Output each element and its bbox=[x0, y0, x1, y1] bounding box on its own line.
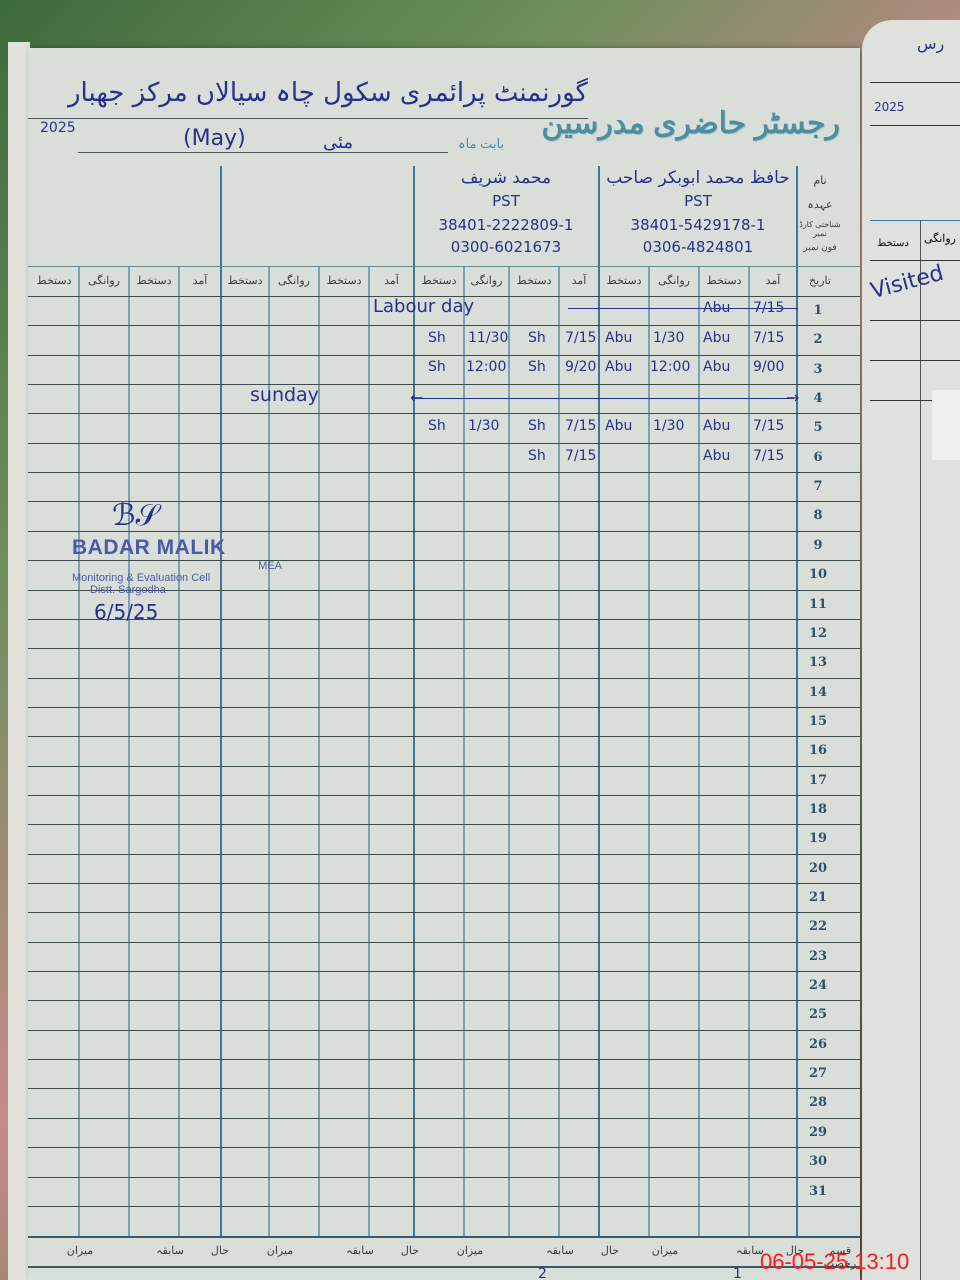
year: 2025 bbox=[40, 120, 76, 136]
day-number: 15 bbox=[796, 714, 840, 729]
right-year: 2025 bbox=[874, 100, 905, 114]
school-name: گورنمنٹ پرائمری سکول چاہ سیالاں مرکز جھب… bbox=[68, 78, 588, 108]
t1-arrival-row5: 7/15 bbox=[753, 418, 784, 434]
row-line bbox=[28, 355, 860, 356]
day-number: 11 bbox=[796, 597, 840, 612]
sunday-note: sunday bbox=[250, 384, 319, 406]
footer-label: حال bbox=[198, 1244, 242, 1257]
header-date: تاریخ bbox=[798, 274, 842, 287]
header-signature: دستخط bbox=[130, 274, 178, 287]
row-line bbox=[28, 942, 860, 943]
header-departure: روانگی bbox=[80, 274, 128, 287]
attendance-register-page: رجسٹر حاضری مدرسین گورنمنٹ پرائمری سکول … bbox=[28, 48, 860, 1280]
header-departure: روانگی bbox=[465, 274, 508, 287]
day-number: 19 bbox=[796, 831, 840, 846]
day-number: 16 bbox=[796, 743, 840, 758]
sunday-arrow bbox=[414, 398, 794, 399]
t1-sig-row5b: Abu bbox=[703, 418, 730, 434]
month-urdu: مئی bbox=[323, 132, 353, 153]
header-signature: دستخط bbox=[415, 274, 463, 287]
teacher2-name: محمد شریف bbox=[416, 168, 596, 188]
header-signature: دستخط bbox=[510, 274, 558, 287]
month-label: بابت ماہ bbox=[458, 136, 504, 152]
teacher2-designation: PST bbox=[416, 192, 596, 210]
day-number: 23 bbox=[796, 949, 840, 964]
row-line bbox=[28, 795, 860, 796]
mea-stamp: ℬ𝒮 BADAR MALIK MEA Monitoring & Evaluati… bbox=[72, 498, 282, 624]
stamp-district: Distt. Sargodha bbox=[90, 584, 282, 596]
t2-arrival-row2: 7/15 bbox=[565, 330, 596, 346]
t1-sig-row3: Abu bbox=[605, 359, 632, 375]
signature-scribble: ℬ𝒮 bbox=[112, 498, 282, 536]
t1-sig-row1: Abu bbox=[703, 300, 730, 316]
month-english: (May) bbox=[183, 126, 246, 151]
header-arrival: آمد bbox=[750, 274, 796, 287]
row-line bbox=[28, 443, 860, 444]
stamp-title: MEA bbox=[72, 560, 282, 572]
right-page: رس 2025 روانگی دستخط Visited bbox=[862, 20, 960, 1280]
t1-arrival-row2: 7/15 bbox=[753, 330, 784, 346]
row-line bbox=[28, 1177, 860, 1178]
day-number: 25 bbox=[796, 1007, 840, 1022]
day-number: 28 bbox=[796, 1095, 840, 1110]
day-number: 20 bbox=[796, 861, 840, 876]
row-line bbox=[28, 1000, 860, 1001]
t1-arrival-row3: 9/00 bbox=[753, 359, 784, 375]
footer-label: حال bbox=[388, 1244, 432, 1257]
day-number: 2 bbox=[796, 332, 840, 347]
day-number: 30 bbox=[796, 1154, 840, 1169]
t1-sig-row2: Abu bbox=[605, 330, 632, 346]
teacher1-cnic: 38401-5429178-1 bbox=[603, 216, 793, 234]
day-number: 8 bbox=[796, 508, 840, 523]
day-number: 7 bbox=[796, 479, 840, 494]
row-line bbox=[28, 1030, 860, 1031]
header-departure: روانگی bbox=[270, 274, 318, 287]
t1-sig-row3b: Abu bbox=[703, 359, 730, 375]
day-number: 27 bbox=[796, 1066, 840, 1081]
footer-label: میزان bbox=[258, 1244, 302, 1257]
t2-arrival-row3: 9/20 bbox=[565, 359, 596, 375]
t2-departure-row2: 11/30 bbox=[468, 330, 508, 346]
visited-note: Visited bbox=[868, 261, 946, 304]
day-number: 26 bbox=[796, 1037, 840, 1052]
t2-sig-row6: Sh bbox=[528, 448, 546, 464]
t2-sig-row5b: Sh bbox=[528, 418, 546, 434]
t2-sig-row3: Sh bbox=[428, 359, 446, 375]
camera-timestamp: 06-05-25 13:10 bbox=[760, 1249, 909, 1275]
teacher1-phone: 0306-4824801 bbox=[603, 238, 793, 256]
day-number: 9 bbox=[796, 538, 840, 553]
teacher2-phone: 0300-6021673 bbox=[416, 238, 596, 256]
t1-sig-row6: Abu bbox=[703, 448, 730, 464]
footer-label: میزان bbox=[643, 1244, 687, 1257]
day-number: 6 bbox=[796, 450, 840, 465]
row-line bbox=[28, 824, 860, 825]
header-arrival: آمد bbox=[180, 274, 220, 287]
row-line bbox=[28, 1147, 860, 1148]
stamp-dept: Monitoring & Evaluation Cell bbox=[72, 572, 282, 584]
month-line bbox=[78, 152, 448, 153]
row-line bbox=[28, 912, 860, 913]
row-line bbox=[28, 883, 860, 884]
day-number: 14 bbox=[796, 685, 840, 700]
label-name: نام bbox=[800, 174, 840, 187]
day-number: 13 bbox=[796, 655, 840, 670]
row-line bbox=[28, 1118, 860, 1119]
day-number: 1 bbox=[796, 303, 840, 318]
t1-departure-row3: 12:00 bbox=[650, 359, 690, 375]
header-signature: دستخط bbox=[222, 274, 268, 287]
row-line bbox=[28, 678, 860, 679]
printed-title: رجسٹر حاضری مدرسین bbox=[541, 106, 840, 141]
t2-sig-row3b: Sh bbox=[528, 359, 546, 375]
row-line bbox=[28, 648, 860, 649]
t2-departure-row3: 12:00 bbox=[466, 359, 506, 375]
day-number: 4 bbox=[796, 391, 840, 406]
row-line bbox=[28, 707, 860, 708]
row-line bbox=[28, 1206, 860, 1207]
day-number: 10 bbox=[796, 567, 840, 582]
footer-label: میزان bbox=[58, 1244, 102, 1257]
footer-label: میزان bbox=[448, 1244, 492, 1257]
header-line bbox=[28, 118, 588, 119]
day-number: 22 bbox=[796, 919, 840, 934]
day-number: 31 bbox=[796, 1184, 840, 1199]
header-arrival: آمد bbox=[560, 274, 598, 287]
label-cnic: شناختی کارڈ نمبر bbox=[798, 220, 842, 238]
row-line bbox=[28, 413, 860, 414]
t1-departure-row2: 1/30 bbox=[653, 330, 684, 346]
row-line bbox=[28, 971, 860, 972]
teacher2-cnic: 38401-2222809-1 bbox=[416, 216, 596, 234]
row-line bbox=[28, 736, 860, 737]
header-signature: دستخط bbox=[600, 274, 648, 287]
labour-day-note: Labour day bbox=[373, 296, 474, 317]
t2-arrival-row5: 7/15 bbox=[565, 418, 596, 434]
t2-sig-row5: Sh bbox=[428, 418, 446, 434]
label-designation: عہدہ bbox=[800, 198, 840, 211]
day-number: 3 bbox=[796, 362, 840, 377]
day-number: 12 bbox=[796, 626, 840, 641]
header-arrival: آمد bbox=[370, 274, 413, 287]
day-number: 5 bbox=[796, 420, 840, 435]
footer-value: 1 bbox=[733, 1266, 742, 1280]
row-line bbox=[28, 384, 860, 385]
footer-label: سابقہ bbox=[338, 1244, 382, 1257]
row-line bbox=[28, 1088, 860, 1089]
teacher1-designation: PST bbox=[603, 192, 793, 210]
t2-arrival-row6: 7/15 bbox=[565, 448, 596, 464]
day-number: 29 bbox=[796, 1125, 840, 1140]
label-phone: فون نمبر bbox=[800, 242, 840, 253]
footer-value: 2 bbox=[538, 1266, 547, 1280]
day-number: 24 bbox=[796, 978, 840, 993]
row-line bbox=[28, 1059, 860, 1060]
page-edge bbox=[8, 42, 30, 1280]
footer-label: حال bbox=[588, 1244, 632, 1257]
footer-label: سابقہ bbox=[538, 1244, 582, 1257]
t1-arrival-row6: 7/15 bbox=[753, 448, 784, 464]
t1-departure-row5: 1/30 bbox=[653, 418, 684, 434]
day-number: 17 bbox=[796, 773, 840, 788]
stamp-name: BADAR MALIK bbox=[72, 536, 282, 560]
t1-sig-row5: Abu bbox=[605, 418, 632, 434]
day-number: 18 bbox=[796, 802, 840, 817]
row-line bbox=[28, 766, 860, 767]
row-line bbox=[28, 472, 860, 473]
header-signature: دستخط bbox=[30, 274, 78, 287]
t2-sig-row2: Sh bbox=[428, 330, 446, 346]
t2-sig-row2b: Sh bbox=[528, 330, 546, 346]
footer-label: سابقہ bbox=[148, 1244, 192, 1257]
t2-departure-row5: 1/30 bbox=[468, 418, 499, 434]
t1-sig-row2b: Abu bbox=[703, 330, 730, 346]
header-departure: روانگی bbox=[650, 274, 698, 287]
t1-arrival-row1: 7/15 bbox=[753, 300, 784, 316]
row-line bbox=[28, 854, 860, 855]
header-signature: دستخط bbox=[320, 274, 368, 287]
row-line bbox=[28, 325, 860, 326]
stamp-date: 6/5/25 bbox=[94, 600, 282, 624]
teacher1-name: حافظ محمد ابوبکر صاحب bbox=[603, 168, 793, 188]
day-number: 21 bbox=[796, 890, 840, 905]
header-signature: دستخط bbox=[700, 274, 748, 287]
